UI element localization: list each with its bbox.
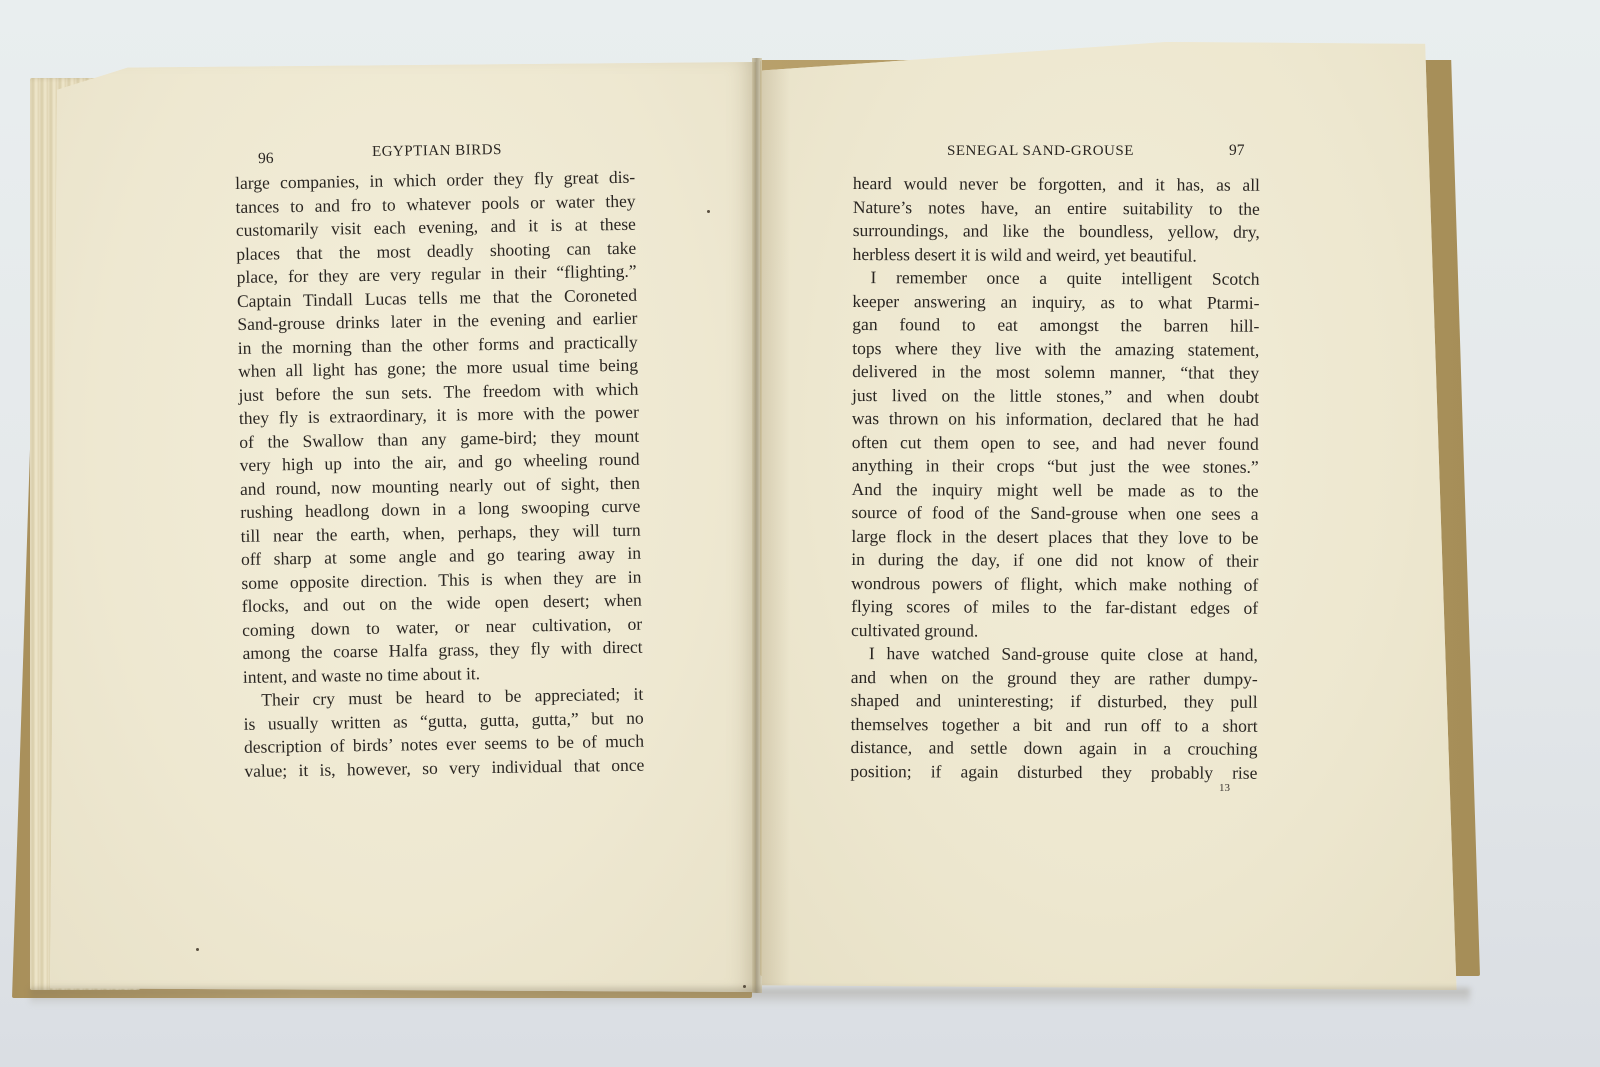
text-line: source of food of the Sand-grouse when o… (851, 501, 1258, 526)
right-running-head: SENEGAL SAND-GROUSE (947, 143, 1134, 160)
text-line: I remember once a quite intelligent Scot… (852, 266, 1259, 291)
text-line: often cut them open to see, and had neve… (852, 430, 1259, 455)
text-line: Nature’s notes have, an entire suitabili… (853, 195, 1260, 220)
text-line: in during the day, if one did not know o… (851, 548, 1258, 573)
text-line: just lived on the little stones,” and wh… (852, 383, 1259, 408)
text-line: shaped and uninteresting; if disturbed, … (851, 689, 1258, 714)
text-line: distance, and settle down again in a cro… (850, 736, 1257, 761)
text-line: flying scores of miles to the far-distan… (851, 595, 1258, 620)
text-line: surroundings, and like the boundless, ye… (853, 219, 1260, 244)
text-line: heard would never be forgotten, and it h… (853, 172, 1260, 197)
text-line: delivered in the most solemn manner, “th… (852, 360, 1259, 385)
text-line: wondrous powers of flight, which make no… (851, 571, 1258, 596)
book-gutter (752, 58, 762, 993)
text-line: was thrown on his information, declared … (852, 407, 1259, 432)
left-page-body: large companies, in which order they fly… (235, 166, 645, 783)
right-page-number: 97 (1229, 142, 1245, 160)
book-shadow (30, 988, 1470, 1006)
text-line: and when on the ground they are rather d… (851, 665, 1258, 690)
right-page-body: heard would never be forgotten, and it h… (850, 172, 1260, 785)
text-line: cultivated ground. (851, 618, 1258, 643)
paper-speck (707, 210, 710, 213)
text-line: anything in their crops “but just the we… (852, 454, 1259, 479)
text-line: herbless desert it is wild and weird, ye… (853, 242, 1260, 267)
text-line: And the inquiry might well be made as to… (852, 477, 1259, 502)
paper-speck (196, 948, 199, 951)
signature-mark: 13 (1219, 782, 1230, 794)
text-line: tops where they live with the amazing st… (852, 336, 1259, 361)
left-running-head: EGYPTIAN BIRDS (372, 142, 502, 161)
text-line: themselves together a bit and run off to… (851, 712, 1258, 737)
open-book-photo: 96 EGYPTIAN BIRDS large companies, in wh… (0, 0, 1600, 1067)
text-line: gan found to eat amongst the barren hill… (852, 313, 1259, 338)
left-page-number: 96 (258, 150, 274, 168)
text-line: keeper answering an inquiry, as to what … (852, 289, 1259, 314)
paper-speck (743, 985, 746, 988)
text-line: I have watched Sand-grouse quite close a… (851, 642, 1258, 667)
text-line: position; if again disturbed they probab… (850, 759, 1257, 784)
text-line: large flock in the desert places that th… (851, 524, 1258, 549)
